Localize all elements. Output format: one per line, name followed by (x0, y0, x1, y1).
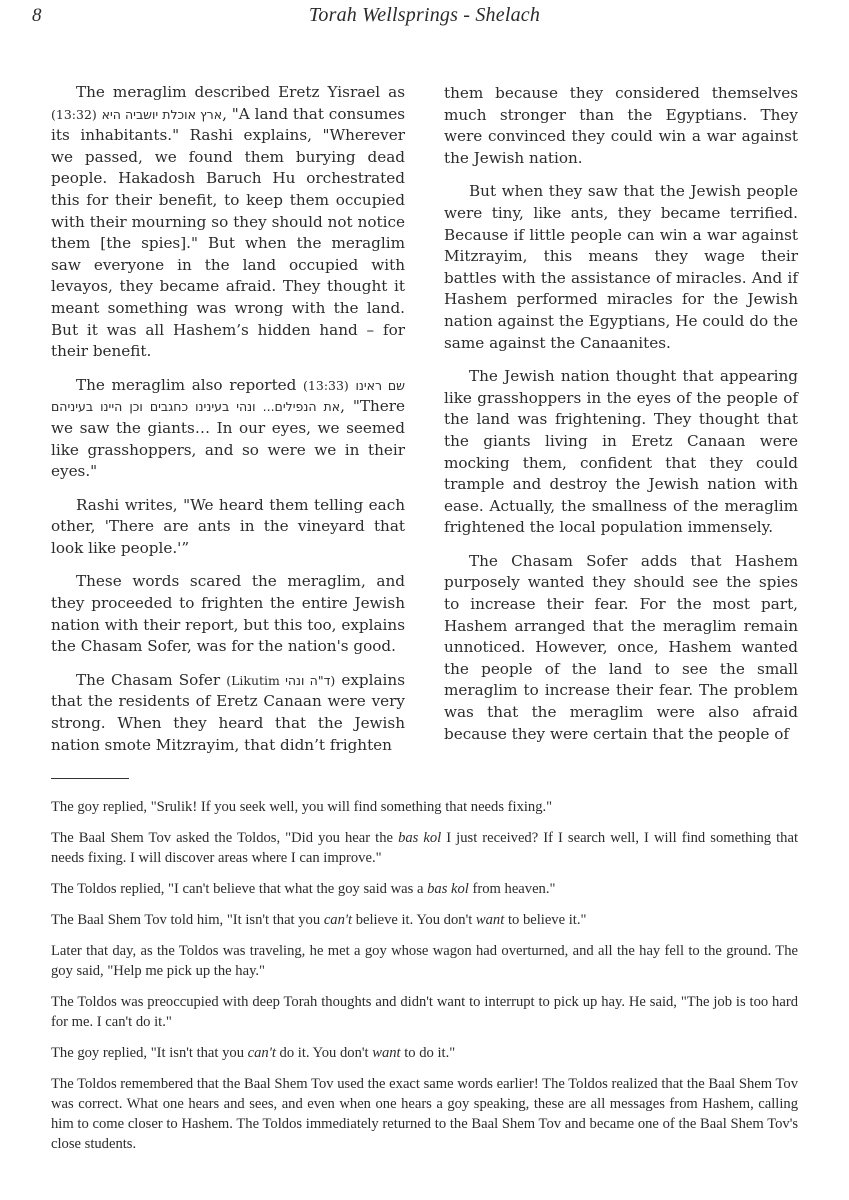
verse-reference: (13:33) (303, 378, 349, 393)
footnote-paragraph: The Baal Shem Tov asked the Toldos, "Did… (51, 828, 798, 868)
paragraph: These words scared the meraglim, and the… (51, 571, 405, 657)
footnote-text: The goy replied, "It isn't that you (51, 1045, 248, 1061)
footnote-paragraph: The goy replied, "Srulik! If you seek we… (51, 797, 798, 817)
footnote-text: from heaven." (469, 881, 556, 897)
paragraph: The meraglim described Eretz Yisrael as … (51, 82, 405, 363)
verse-reference: (13:32) (51, 107, 97, 122)
italic-term: bas kol (427, 881, 469, 897)
footnotes: The goy replied, "Srulik! If you seek we… (51, 797, 798, 1165)
footnote-text: The Baal Shem Tov asked the Toldos, "Did… (51, 830, 398, 846)
paragraph-text: The meraglim described Eretz Yisrael as (76, 83, 405, 101)
paragraph: Rashi writes, "We heard them telling eac… (51, 495, 405, 560)
footnote-paragraph: The Toldos was preoccupied with deep Tor… (51, 992, 798, 1032)
footnote-text: The Toldos replied, "I can't believe tha… (51, 881, 427, 897)
footnote-paragraph: The Toldos replied, "I can't believe tha… (51, 879, 798, 899)
italic-term: bas kol (398, 830, 441, 846)
italic-emphasis: can't (324, 912, 352, 928)
paragraph: The Chasam Sofer (Likutim ד"ה ונהי) expl… (51, 670, 405, 756)
paragraph-text: The Chasam Sofer (76, 671, 226, 689)
footnote-separator (51, 778, 129, 779)
paragraph: The meraglim also reported (13:33) שם רא… (51, 375, 405, 483)
source-reference: (Likutim ד"ה ונהי) (226, 673, 335, 688)
right-column: them because they considered themselves … (444, 83, 798, 757)
running-title: Torah Wellsprings - Shelach (0, 4, 849, 27)
hebrew-source: ד"ה ונהי (285, 673, 330, 688)
page-header: 8 Torah Wellsprings - Shelach (0, 0, 849, 60)
italic-emphasis: want (372, 1045, 400, 1061)
paragraph-continued: them because they considered themselves … (444, 83, 798, 169)
paragraph: The Jewish nation thought that appearing… (444, 366, 798, 539)
footnote-text: The Baal Shem Tov told him, "It isn't th… (51, 912, 324, 928)
source-reference-open: (Likutim (226, 673, 285, 688)
italic-emphasis: can't (248, 1045, 276, 1061)
footnote-paragraph: The Baal Shem Tov told him, "It isn't th… (51, 910, 798, 930)
footnote-text: believe it. You don't (352, 912, 476, 928)
paragraph: The Chasam Sofer adds that Hashem purpos… (444, 551, 798, 745)
footnote-paragraph: The goy replied, "It isn't that you can'… (51, 1043, 798, 1063)
footnote-paragraph: Later that day, as the Toldos was travel… (51, 941, 798, 981)
paragraph-text: The meraglim also reported (76, 376, 303, 394)
left-column: The meraglim described Eretz Yisrael as … (51, 82, 405, 768)
hebrew-quote: ארץ אוכלת יושביה היא (102, 107, 222, 122)
paragraph-text: , "A land that consumes its inhabitants.… (51, 105, 405, 361)
footnote-paragraph: The Toldos remembered that the Baal Shem… (51, 1074, 798, 1154)
footnote-text: to do it." (401, 1045, 456, 1061)
italic-emphasis: want (476, 912, 504, 928)
footnote-text: do it. You don't (276, 1045, 372, 1061)
paragraph: But when they saw that the Jewish people… (444, 181, 798, 354)
footnote-text: to believe it." (504, 912, 586, 928)
